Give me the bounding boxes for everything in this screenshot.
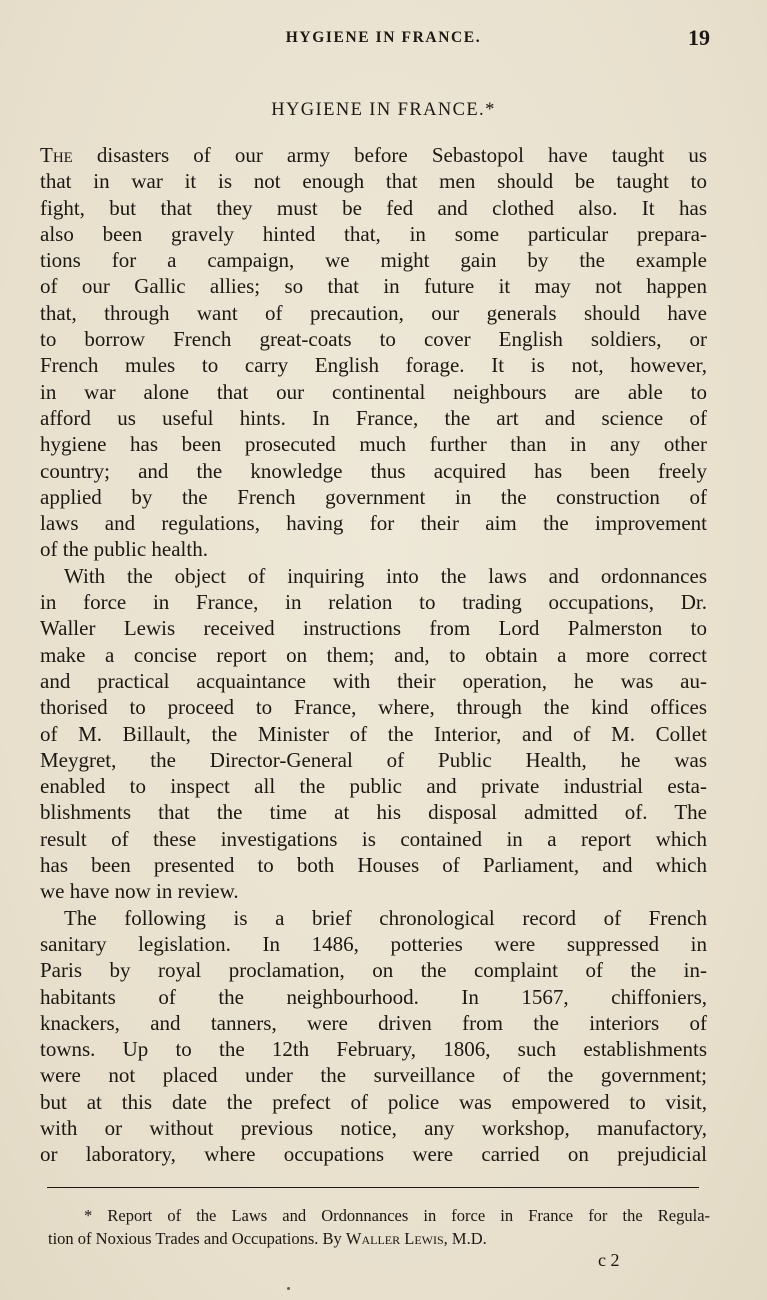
footnote: * Report of the Laws and Ordonnances in … xyxy=(48,1204,710,1250)
body-line: afford us useful hints. In France, the a… xyxy=(40,405,707,431)
running-head-title: HYGIENE IN FRANCE. xyxy=(0,29,767,47)
body-line: or laboratory, where occupations were ca… xyxy=(40,1141,707,1167)
body-line: that in war it is not enough that men sh… xyxy=(40,168,707,194)
footnote-marker: * xyxy=(84,1206,92,1225)
body-line: knackers, and tanners, were driven from … xyxy=(40,1010,707,1036)
body-line: and practical acquaintance with their op… xyxy=(40,668,707,694)
body-line: sanitary legislation. In 1486, potteries… xyxy=(40,931,707,957)
body-line: towns. Up to the 12th February, 1806, su… xyxy=(40,1036,707,1062)
signature-mark: c 2 xyxy=(598,1250,620,1271)
body-line: thorised to proceed to France, where, th… xyxy=(40,694,707,720)
body-line: Meygret, the Director-General of Public … xyxy=(40,747,707,773)
body-line: with or without previous notice, any wor… xyxy=(40,1115,707,1141)
body-line: With the object of inquiring into the la… xyxy=(40,563,707,589)
body-line: hygiene has been prosecuted much further… xyxy=(40,431,707,457)
body-line: make a concise report on them; and, to o… xyxy=(40,642,707,668)
body-line: to borrow French great-coats to cover En… xyxy=(40,326,707,352)
page-number: 19 xyxy=(688,25,710,51)
footnote-author: Waller Lewis xyxy=(346,1229,444,1248)
body-line: of M. Billault, the Minister of the Inte… xyxy=(40,721,707,747)
body-line: that, through want of precaution, our ge… xyxy=(40,300,707,326)
body-line: in war alone that our continental neighb… xyxy=(40,379,707,405)
article-body: The disasters of our army before Sebasto… xyxy=(40,142,707,1168)
body-line: in force in France, in relation to tradi… xyxy=(40,589,707,615)
body-line: French mules to carry English forage. It… xyxy=(40,352,707,378)
footnote-line: tion of Noxious Trades and Occupations. … xyxy=(48,1227,710,1250)
article-title: HYGIENE IN FRANCE.* xyxy=(0,100,767,121)
body-line: we have now in review. xyxy=(40,878,707,904)
body-line: has been presented to both Houses of Par… xyxy=(40,852,707,878)
body-line: of the public health. xyxy=(40,536,707,562)
body-line: Paris by royal proclamation, on the comp… xyxy=(40,957,707,983)
footnote-divider xyxy=(47,1187,699,1188)
book-page: HYGIENE IN FRANCE. 19 HYGIENE IN FRANCE.… xyxy=(0,0,767,1300)
body-line: fight, but that they must be fed and clo… xyxy=(40,195,707,221)
body-line: The following is a brief chronological r… xyxy=(40,905,707,931)
footnote-line: * Report of the Laws and Ordonnances in … xyxy=(48,1204,710,1227)
opening-smallcaps: The xyxy=(40,143,73,167)
running-head: HYGIENE IN FRANCE. 19 xyxy=(0,27,767,51)
body-line: also been gravely hinted that, in some p… xyxy=(40,221,707,247)
body-line: laws and regulations, having for their a… xyxy=(40,510,707,536)
body-line: tions for a campaign, we might gain by t… xyxy=(40,247,707,273)
body-line: country; and the knowledge thus acquired… xyxy=(40,458,707,484)
body-line: were not placed under the surveillance o… xyxy=(40,1062,707,1088)
body-line: The disasters of our army before Sebasto… xyxy=(40,142,707,168)
body-line: applied by the French government in the … xyxy=(40,484,707,510)
body-line: result of these investigations is contai… xyxy=(40,826,707,852)
body-line: but at this date the prefect of police w… xyxy=(40,1089,707,1115)
body-line: enabled to inspect all the public and pr… xyxy=(40,773,707,799)
body-line: blishments that the time at his disposal… xyxy=(40,799,707,825)
body-line: Waller Lewis received instructions from … xyxy=(40,615,707,641)
body-line: habitants of the neighbourhood. In 1567,… xyxy=(40,984,707,1010)
ink-speck xyxy=(287,1287,290,1290)
body-line: of our Gallic allies; so that in future … xyxy=(40,273,707,299)
